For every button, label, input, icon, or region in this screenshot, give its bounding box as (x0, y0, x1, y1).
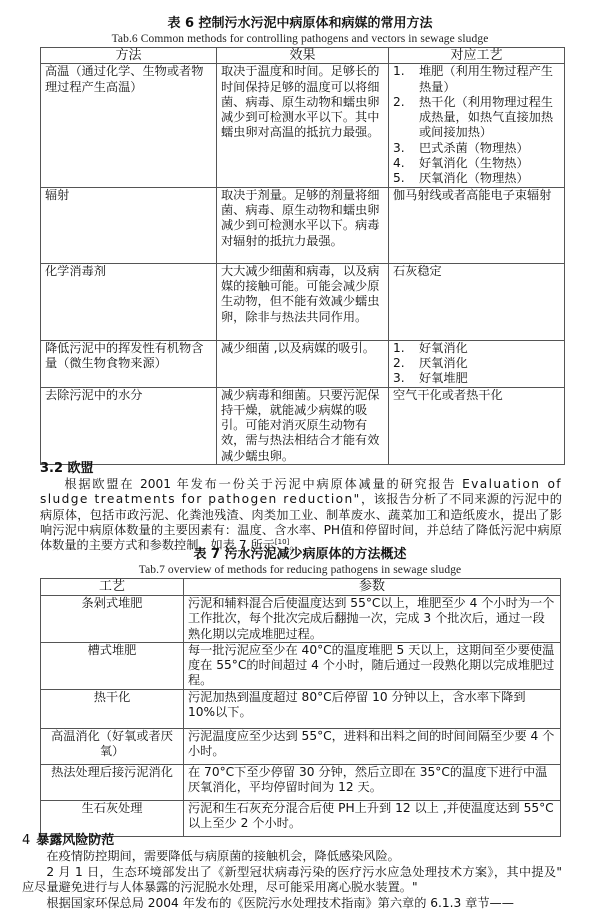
table6-effect-cell: 大大减少细菌和病毒，以及病媒的接触可能。可能会减少原生动物，但不能有效减少蠕虫卵… (217, 263, 389, 340)
table-row: 槽式堆肥 每一批污泥应至少在 40°C的温度堆肥 5 天以上，这期间至少要使温度… (41, 642, 561, 689)
table6-title: 表 6 控制污水污泥中病原体和病媒的常用方法 (0, 16, 600, 31)
section-4-paragraph: 根据国家环保总局 2004 年发布的《医院污水处理技术指南》第六章的 6.1.3… (22, 896, 562, 911)
table6-subtitle: Tab.6 Common methods for controlling pat… (0, 33, 600, 46)
list-number: 1. (393, 341, 419, 356)
table6-process-cell: 空气干化或者热干化 (389, 387, 565, 464)
table7-process-cell: 热干化 (41, 689, 184, 728)
list-item: 1.堆肥（利用生物过程产生热量） (393, 64, 560, 95)
list-number: 3. (393, 141, 419, 156)
table6-method-cell: 高温（通过化学、生物或者物理过程产生高温） (41, 64, 217, 187)
table-row: 高温消化（好氧或者厌氧） 污泥温度应至少达到 55°C，进料和出料之间的时间间隔… (41, 728, 561, 764)
table6-effect-cell: 取决于温度和时间。足够长的时间保持足够的温度可以将细菌、病毒、原生动物和蠕虫卵减… (217, 64, 389, 187)
table7-header-process: 工艺 (41, 579, 184, 596)
table7-process-cell: 条剁式堆肥 (41, 596, 184, 643)
list-number: 4. (393, 156, 419, 171)
table-row: 高温（通过化学、生物或者物理过程产生高温） 取决于温度和时间。足够长的时间保持足… (41, 64, 565, 187)
table6-effect-cell: 取决于剂量。足够的剂量将细菌、病毒、原生动物和蠕虫卵减少到可检测水平以下。病毒对… (217, 187, 389, 263)
table7-title: 表 7 污水污泥减少病原体的方法概述 (0, 547, 600, 562)
list-number: 1. (393, 64, 419, 95)
table6-method-cell: 去除污泥中的水分 (41, 387, 217, 464)
table6-effect-cell: 减少细菌 ,以及病媒的吸引。 (217, 340, 389, 387)
table6-method-cell: 辐射 (41, 187, 217, 263)
list-text: 厌氧消化 (419, 356, 560, 371)
table6-header-method: 方法 (41, 48, 217, 64)
section-4-heading: 4暴露风险防范 (22, 833, 114, 848)
table7-process-cell: 生石灰处理 (41, 800, 184, 836)
table6-process-cell: 石灰稳定 (389, 263, 565, 340)
list-number: 2. (393, 356, 419, 371)
section-title: 暴露风险防范 (36, 833, 114, 848)
table7-params-cell: 每一批污泥应至少在 40°C的温度堆肥 5 天以上，这期间至少要使温度在 55°… (184, 642, 561, 689)
list-item: 5.厌氧消化（物理热） (393, 171, 560, 186)
section-number: 4 (22, 833, 30, 848)
table6-method-cell: 化学消毒剂 (41, 263, 217, 340)
paragraph-text: 根据欧盟在 2001 年发布一份关于污泥中病原体减量的研究报告 (64, 477, 462, 491)
table-row: 热干化 污泥加热到温度超过 80°C后停留 10 分钟以上，含水率下降到 10%… (41, 689, 561, 728)
table6: 方法 效果 对应工艺 高温（通过化学、生物或者物理过程产生高温） 取决于温度和时… (40, 47, 565, 465)
table7-subtitle: Tab.7 overview of methods for reducing p… (0, 564, 600, 577)
list-item: 3.巴式杀菌（物理热） (393, 141, 560, 156)
table7-process-cell: 槽式堆肥 (41, 642, 184, 689)
list-text: 巴式杀菌（物理热） (419, 141, 560, 156)
section-3-2-paragraph: 根据欧盟在 2001 年发布一份关于污泥中病原体减量的研究报告 Evaluati… (40, 477, 562, 553)
table-row: 去除污泥中的水分 减少病毒和细菌。只要污泥保持干燥，就能减少病媒的吸引。可能对消… (41, 387, 565, 464)
list-item: 2.热干化（利用物理过程生成热量，如热气直接加热或间接加热） (393, 95, 560, 141)
table-row: 降低污泥中的挥发性有机物含量（微生物食物来源） 减少细菌 ,以及病媒的吸引。 1… (41, 340, 565, 387)
section-3-2-heading: 3.2 欧盟 (40, 461, 94, 476)
table7-params-cell: 污泥温度应至少达到 55°C，进料和出料之间的时间间隔至少要 4 个小时。 (184, 728, 561, 764)
table6-header-effect: 效果 (217, 48, 389, 64)
table6-method-cell: 降低污泥中的挥发性有机物含量（微生物食物来源） (41, 340, 217, 387)
table-row: 热法处理后接污泥消化 在 70°C下至少停留 30 分钟，然后立即在 35°C的… (41, 764, 561, 800)
table7-process-cell: 高温消化（好氧或者厌氧） (41, 728, 184, 764)
list-text: 好氧堆肥 (419, 371, 560, 386)
table7: 工艺 参数 条剁式堆肥 污泥和辅料混合后使温度达到 55°C以上，堆肥至少 4 … (40, 578, 561, 837)
list-item: 2.厌氧消化 (393, 356, 560, 371)
section-4-paragraph: 2 月 1 日，生态环境部发出了《新型冠状病毒污染的医疗污水应急处理技术方案》，… (22, 865, 562, 896)
table7-header-row: 工艺 参数 (41, 579, 561, 596)
table7-params-cell: 在 70°C下至少停留 30 分钟，然后立即在 35°C的温度下进行中温厌氧消化… (184, 764, 561, 800)
table6-process-cell: 1.堆肥（利用生物过程产生热量） 2.热干化（利用物理过程生成热量，如热气直接加… (389, 64, 565, 187)
list-number: 2. (393, 95, 419, 141)
list-text: 堆肥（利用生物过程产生热量） (419, 64, 560, 95)
list-item: 3.好氧堆肥 (393, 371, 560, 386)
table7-header-params: 参数 (184, 579, 561, 596)
table6-process-cell: 1.好氧消化 2.厌氧消化 3.好氧堆肥 (389, 340, 565, 387)
table7-process-cell: 热法处理后接污泥消化 (41, 764, 184, 800)
list-text: 厌氧消化（物理热） (419, 171, 560, 186)
citation-link[interactable]: [10] (275, 538, 289, 546)
list-text: 热干化（利用物理过程生成热量，如热气直接加热或间接加热） (419, 95, 560, 141)
table6-process-cell: 伽马射线或者高能电子束辐射 (389, 187, 565, 263)
list-number: 3. (393, 371, 419, 386)
table-row: 条剁式堆肥 污泥和辅料混合后使温度达到 55°C以上，堆肥至少 4 个小时为一个… (41, 596, 561, 643)
table-row: 辐射 取决于剂量。足够的剂量将细菌、病毒、原生动物和蠕虫卵减少到可检测水平以下。… (41, 187, 565, 263)
table6-header-row: 方法 效果 对应工艺 (41, 48, 565, 64)
list-text: 好氧消化（生物热） (419, 156, 560, 171)
table7-params-cell: 污泥和生石灰充分混合后使 PH上升到 12 以上 ,并使温度达到 55°C以上至… (184, 800, 561, 836)
list-item: 1.好氧消化 (393, 341, 560, 356)
section-4-paragraph: 在疫情防控期间，需要降低与病原菌的接触机会，降低感染风险。 (22, 849, 562, 864)
list-item: 4.好氧消化（生物热） (393, 156, 560, 171)
table6-header-process: 对应工艺 (389, 48, 565, 64)
table7-params-cell: 污泥加热到温度超过 80°C后停留 10 分钟以上，含水率下降到 10%以下。 (184, 689, 561, 728)
table-row: 化学消毒剂 大大减少细菌和病毒，以及病媒的接触可能。可能会减少原生动物，但不能有… (41, 263, 565, 340)
table-row: 生石灰处理 污泥和生石灰充分混合后使 PH上升到 12 以上 ,并使温度达到 5… (41, 800, 561, 836)
table6-effect-cell: 减少病毒和细菌。只要污泥保持干燥，就能减少病媒的吸引。可能对消灭原生动物有效，需… (217, 387, 389, 464)
table7-params-cell: 污泥和辅料混合后使温度达到 55°C以上，堆肥至少 4 个小时为一个工作批次，每… (184, 596, 561, 643)
list-text: 好氧消化 (419, 341, 560, 356)
list-number: 5. (393, 171, 419, 186)
